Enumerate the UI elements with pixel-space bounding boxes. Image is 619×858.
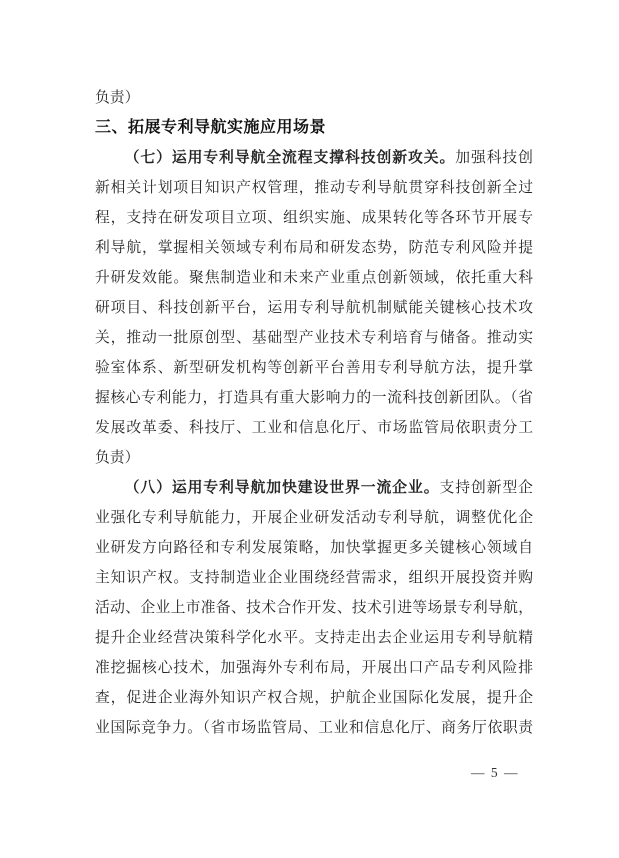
text-line: 查，促进企业海外知识产权合规，护航企业国际化发展，提升企 xyxy=(95,683,533,713)
document-page: 负责） 三、拓展专利导航实施应用场景 （七）运用专利导航全流程支撑科技创新攻关。… xyxy=(0,0,619,858)
text-line: 负责） xyxy=(95,443,533,473)
text-line: 升研发效能。聚焦制造业和未来产业重点创新领域，依托重大科 xyxy=(95,263,533,293)
text-line: 发展改革委、科技厅、工业和信息化厅、市场监管局依职责分工 xyxy=(95,413,533,443)
text-line: 活动、企业上市准备、技术合作开发、技术引进等场景专利导航， xyxy=(95,593,533,623)
text-line: 准挖掘核心技术，加强海外专利布局，开展出口产品专利风险排 xyxy=(95,653,533,683)
text-line: 业强化专利导航能力，开展企业研发活动专利导航，调整优化企 xyxy=(95,503,533,533)
text-line: 握核心专利能力，打造具有重大影响力的一流科技创新团队。（省 xyxy=(95,383,533,413)
text-line: 新相关计划项目知识产权管理，推动专利导航贯穿科技创新全过 xyxy=(95,173,533,203)
text-line: 主知识产权。支持制造业企业围绕经营需求，组织开展投资并购 xyxy=(95,563,533,593)
text-line: 业研发方向路径和专利发展策略，加快掌握更多关键核心领域自 xyxy=(95,533,533,563)
text-line: 利导航，掌握相关领域专利布局和研发态势，防范专利风险并提 xyxy=(95,233,533,263)
paragraph-text: 加强科技创 xyxy=(455,150,533,166)
text-line: 业国际竞争力。（省市场监管局、工业和信息化厅、商务厅依职责 xyxy=(95,713,533,743)
text-line: 程，支持在研发项目立项、组织实施、成果转化等各环节开展专 xyxy=(95,203,533,233)
text-line: 提升企业经营决策科学化水平。支持走出去企业运用专利导航精 xyxy=(95,623,533,653)
paragraph-lead: （七）运用专利导航全流程支撑科技创新攻关。 xyxy=(125,150,456,166)
text-line: 研项目、科技创新平台，运用专利导航机制赋能关键核心技术攻 xyxy=(95,293,533,323)
section-heading: 三、拓展专利导航实施应用场景 xyxy=(95,113,533,143)
page-number: — 5 — xyxy=(95,763,533,783)
text-line: 负责） xyxy=(95,83,533,113)
text-line: （七）运用专利导航全流程支撑科技创新攻关。加强科技创 xyxy=(95,143,533,173)
text-line: （八）运用专利导航加快建设世界一流企业。支持创新型企 xyxy=(95,473,533,503)
text-line: 关，推动一批原创型、基础型产业技术专利培育与储备。推动实 xyxy=(95,323,533,353)
paragraph-text: 支持创新型企 xyxy=(439,480,533,496)
paragraph-lead: （八）运用专利导航加快建设世界一流企业。 xyxy=(125,480,440,496)
text-line: 验室体系、新型研发机构等创新平台善用专利导航方法，提升掌 xyxy=(95,353,533,383)
